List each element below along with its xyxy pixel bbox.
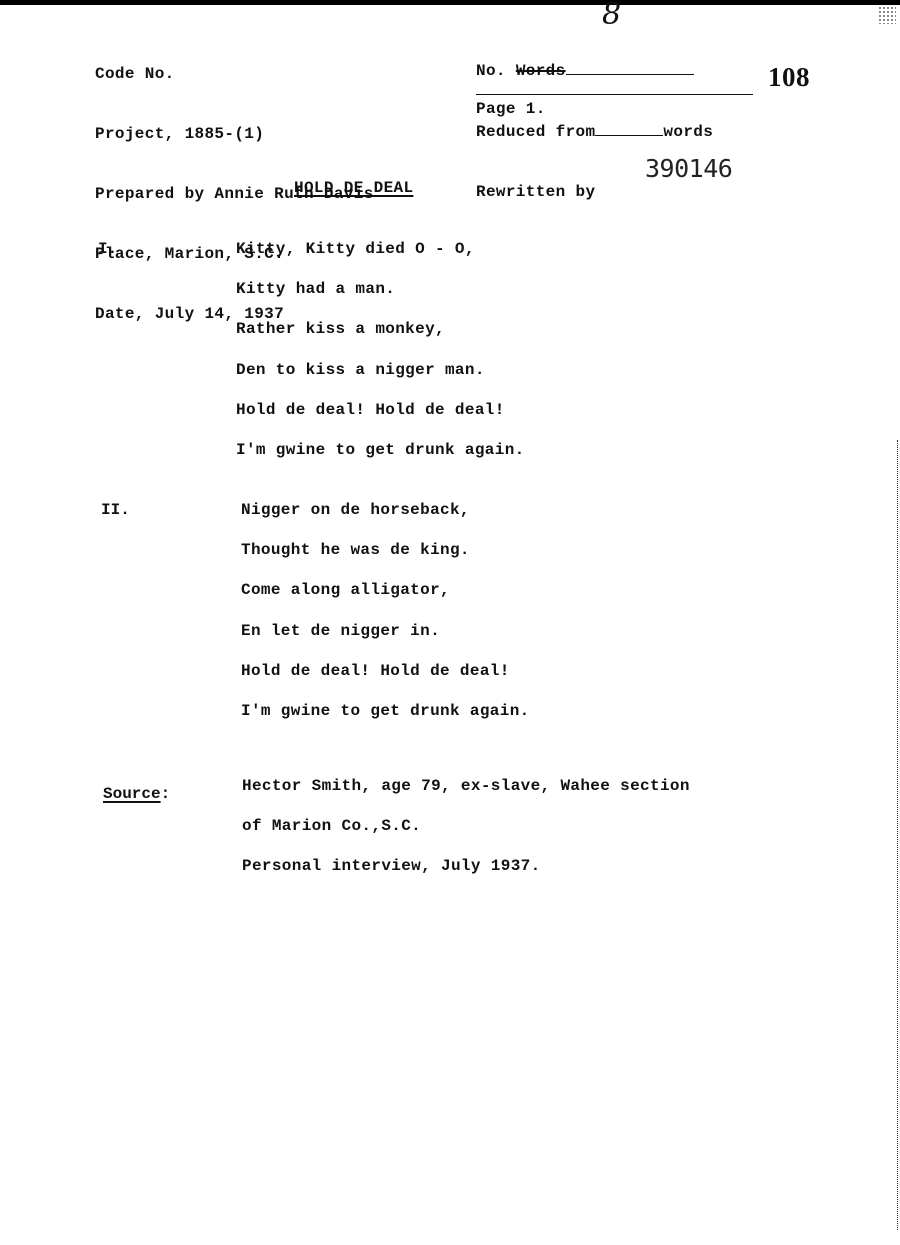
verse-line: Rather kiss a monkey, [236, 319, 445, 339]
page-label: Page 1. [476, 99, 546, 119]
words-struck-label: Words [516, 62, 566, 80]
scan-top-border [0, 0, 900, 5]
source-line: Hector Smith, age 79, ex-slave, Wahee se… [242, 776, 690, 796]
verse-line: Thought he was de king. [241, 540, 470, 560]
rewritten-by-row: Rewritten by [476, 182, 713, 203]
verse-line: Den to kiss a nigger man. [236, 360, 485, 380]
verse-line: Kitty, Kitty died O - O, [236, 239, 475, 259]
source-line: Personal interview, July 1937. [242, 856, 541, 876]
project-number: Project, 1885-(1) [95, 124, 374, 144]
source-label-text: Source [103, 785, 161, 803]
verse-numeral: I. [98, 239, 117, 259]
code-number: Code No. [95, 64, 374, 84]
verse-numeral: II. [101, 500, 130, 520]
verse-line: En let de nigger in. [241, 621, 440, 641]
reduced-from-row: Reduced fromwords [476, 121, 713, 142]
word-count-blank [566, 60, 694, 75]
verse-line: I'm gwine to get drunk again. [241, 701, 530, 721]
reduced-blank [595, 121, 663, 136]
scan-right-edge [896, 440, 898, 1230]
source-label-colon: : [161, 785, 171, 803]
rewritten-by-label: Rewritten by [476, 183, 595, 201]
scan-noise [878, 6, 896, 24]
verse-line: Hold de deal! Hold de deal! [236, 400, 505, 420]
verse-line: Kitty had a man. [236, 279, 395, 299]
verse-line: Hold de deal! Hold de deal! [241, 661, 510, 681]
document-title: HOLD DE DEAL [294, 178, 413, 198]
handwritten-word-count: 8 [602, 0, 621, 30]
words-label: words [663, 123, 713, 141]
source-label: Source: [103, 784, 170, 804]
number-of-words-row: No. Words [476, 60, 713, 81]
stamped-page-number: 108 [768, 62, 810, 92]
no-label: No. [476, 62, 516, 80]
verse-line: Come along alligator, [241, 580, 450, 600]
source-line: of Marion Co.,S.C. [242, 816, 421, 836]
header-word-count: No. Words Reduced fromwords Rewritten by [476, 20, 713, 223]
stamped-document-number: 390146 [645, 154, 732, 184]
reduced-from-label: Reduced from [476, 123, 595, 141]
verse-line: Nigger on de horseback, [241, 500, 470, 520]
rewritten-by-line [476, 94, 753, 95]
verse-line: I'm gwine to get drunk again. [236, 440, 525, 460]
